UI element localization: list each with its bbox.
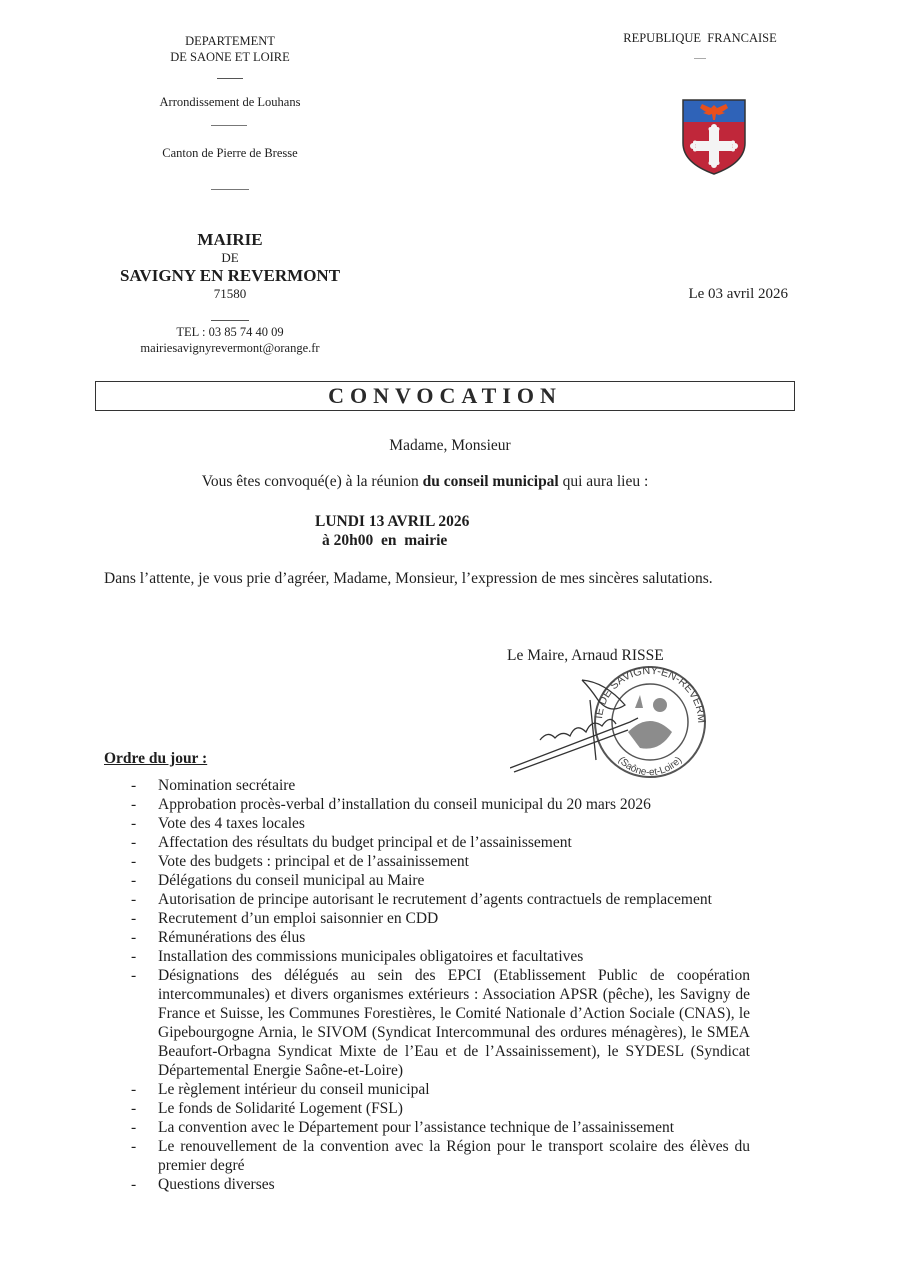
bullet-dash: - bbox=[131, 1099, 136, 1118]
department-block: DEPARTEMENT DE SAONE ET LOIRE bbox=[90, 33, 370, 65]
agenda-item: -Le règlement intérieur du conseil munic… bbox=[104, 1080, 750, 1099]
agenda-list: -Nomination secrétaire-Approbation procè… bbox=[104, 776, 750, 1194]
bullet-dash: - bbox=[131, 795, 136, 814]
salutation: Madame, Monsieur bbox=[0, 436, 900, 455]
agenda-item: -Le renouvellement de la convention avec… bbox=[104, 1137, 750, 1175]
separator bbox=[694, 58, 706, 59]
agenda-item-text: Le règlement intérieur du conseil munici… bbox=[158, 1081, 430, 1098]
agenda-item-text: Installation des commissions municipales… bbox=[158, 948, 583, 965]
agenda-item-text: Nomination secrétaire bbox=[158, 777, 295, 794]
bullet-dash: - bbox=[131, 871, 136, 890]
agenda-item-text: Le fonds de Solidarité Logement (FSL) bbox=[158, 1100, 403, 1117]
mairie-title: MAIRIE bbox=[90, 230, 370, 250]
canton: Canton de Pierre de Bresse bbox=[90, 145, 370, 161]
agenda-title: Ordre du jour : bbox=[104, 750, 207, 768]
svg-text:(Saône-et-Loire): (Saône-et-Loire) bbox=[616, 755, 685, 778]
bullet-dash: - bbox=[131, 928, 136, 947]
agenda-item-text: Questions diverses bbox=[158, 1176, 275, 1193]
bullet-dash: - bbox=[131, 909, 136, 928]
signature-icon bbox=[510, 680, 638, 772]
contact-block: TEL : 03 85 74 40 09 mairiesavignyreverm… bbox=[90, 324, 370, 356]
phone: TEL : 03 85 74 40 09 bbox=[90, 324, 370, 340]
agenda-item-text: Le renouvellement de la convention avec … bbox=[158, 1138, 750, 1174]
meeting-info: LUNDI 13 AVRIL 2026 à 20h00 en mairie bbox=[315, 512, 469, 550]
title-box: CONVOCATION bbox=[95, 381, 795, 411]
agenda-item-text: Rémunérations des élus bbox=[158, 929, 305, 946]
agenda-item: -Vote des 4 taxes locales bbox=[104, 814, 750, 833]
commune-name: SAVIGNY EN REVERMONT bbox=[90, 266, 370, 286]
agenda-item-text: Vote des budgets : principal et de l’ass… bbox=[158, 853, 469, 870]
agenda-item-text: Désignations des délégués au sein des EP… bbox=[158, 967, 750, 1079]
agenda-item: -Installation des commissions municipale… bbox=[104, 947, 750, 966]
signature-stamp: MAIRIE DE SAVIGNY-EN-REVERMONT (Saône-et… bbox=[510, 660, 730, 790]
bullet-dash: - bbox=[131, 1175, 136, 1194]
agenda-item: -Affectation des résultats du budget pri… bbox=[104, 833, 750, 852]
postal-code: 71580 bbox=[90, 286, 370, 302]
department-line-1: DEPARTEMENT bbox=[90, 33, 370, 49]
coat-of-arms-icon bbox=[682, 99, 746, 175]
agenda-item-text: Délégations du conseil municipal au Mair… bbox=[158, 872, 424, 889]
bullet-dash: - bbox=[131, 1118, 136, 1137]
agenda-item: -La convention avec le Département pour … bbox=[104, 1118, 750, 1137]
agenda-item-text: La convention avec le Département pour l… bbox=[158, 1119, 674, 1136]
intro-bold: du conseil municipal bbox=[423, 473, 559, 490]
separator bbox=[211, 320, 249, 321]
agenda-item: -Le fonds de Solidarité Logement (FSL) bbox=[104, 1099, 750, 1118]
letter-date: Le 03 avril 2026 bbox=[620, 286, 788, 303]
bullet-dash: - bbox=[131, 833, 136, 852]
bullet-dash: - bbox=[131, 814, 136, 833]
bullet-dash: - bbox=[131, 966, 136, 985]
bullet-dash: - bbox=[131, 776, 136, 795]
email-link[interactable]: mairiesavignyrevermont@orange.fr bbox=[90, 340, 370, 356]
separator bbox=[211, 125, 247, 126]
closing-text: Dans l’attente, je vous prie d’agréer, M… bbox=[104, 569, 804, 588]
agenda-item-text: Vote des 4 taxes locales bbox=[158, 815, 305, 832]
agenda-item: -Vote des budgets : principal et de l’as… bbox=[104, 852, 750, 871]
agenda-item: -Délégations du conseil municipal au Mai… bbox=[104, 871, 750, 890]
mairie-block: MAIRIE DE SAVIGNY EN REVERMONT 71580 bbox=[90, 230, 370, 302]
agenda-item: -Recrutement d’un emploi saisonnier en C… bbox=[104, 909, 750, 928]
meeting-time: à 20h00 en mairie bbox=[315, 531, 469, 550]
agenda-item: -Nomination secrétaire bbox=[104, 776, 750, 795]
agenda-item: -Rémunérations des élus bbox=[104, 928, 750, 947]
intro-text: Vous êtes convoqué(e) à la réunion du co… bbox=[0, 472, 850, 491]
agenda-item-text: Affectation des résultats du budget prin… bbox=[158, 834, 572, 851]
meeting-date: LUNDI 13 AVRIL 2026 bbox=[315, 512, 469, 531]
department-line-2: DE SAONE ET LOIRE bbox=[90, 49, 370, 65]
svg-text:MAIRIE DE SAVIGNY-EN-REVERMONT: MAIRIE DE SAVIGNY-EN-REVERMONT bbox=[510, 660, 707, 723]
mairie-de: DE bbox=[90, 250, 370, 266]
agenda-item-text: Autorisation de principe autorisant le r… bbox=[158, 891, 712, 908]
bullet-dash: - bbox=[131, 1137, 136, 1156]
page-title: CONVOCATION bbox=[328, 383, 562, 409]
intro-part: qui aura lieu : bbox=[559, 473, 649, 490]
bullet-dash: - bbox=[131, 947, 136, 966]
republique-francaise: REPUBLIQUE FRANCAISE bbox=[610, 31, 790, 46]
intro-part: Vous êtes convoqué(e) à la réunion bbox=[202, 473, 423, 490]
agenda-item: -Questions diverses bbox=[104, 1175, 750, 1194]
arrondissement: Arrondissement de Louhans bbox=[90, 94, 370, 110]
agenda-item-text: Approbation procès-verbal d’installation… bbox=[158, 796, 651, 813]
agenda-item: -Désignations des délégués au sein des E… bbox=[104, 966, 750, 1080]
bullet-dash: - bbox=[131, 852, 136, 871]
agenda-item: -Approbation procès-verbal d’installatio… bbox=[104, 795, 750, 814]
separator bbox=[217, 78, 243, 79]
separator bbox=[211, 189, 249, 190]
agenda-item-text: Recrutement d’un emploi saisonnier en CD… bbox=[158, 910, 438, 927]
bullet-dash: - bbox=[131, 890, 136, 909]
agenda-item: -Autorisation de principe autorisant le … bbox=[104, 890, 750, 909]
bullet-dash: - bbox=[131, 1080, 136, 1099]
